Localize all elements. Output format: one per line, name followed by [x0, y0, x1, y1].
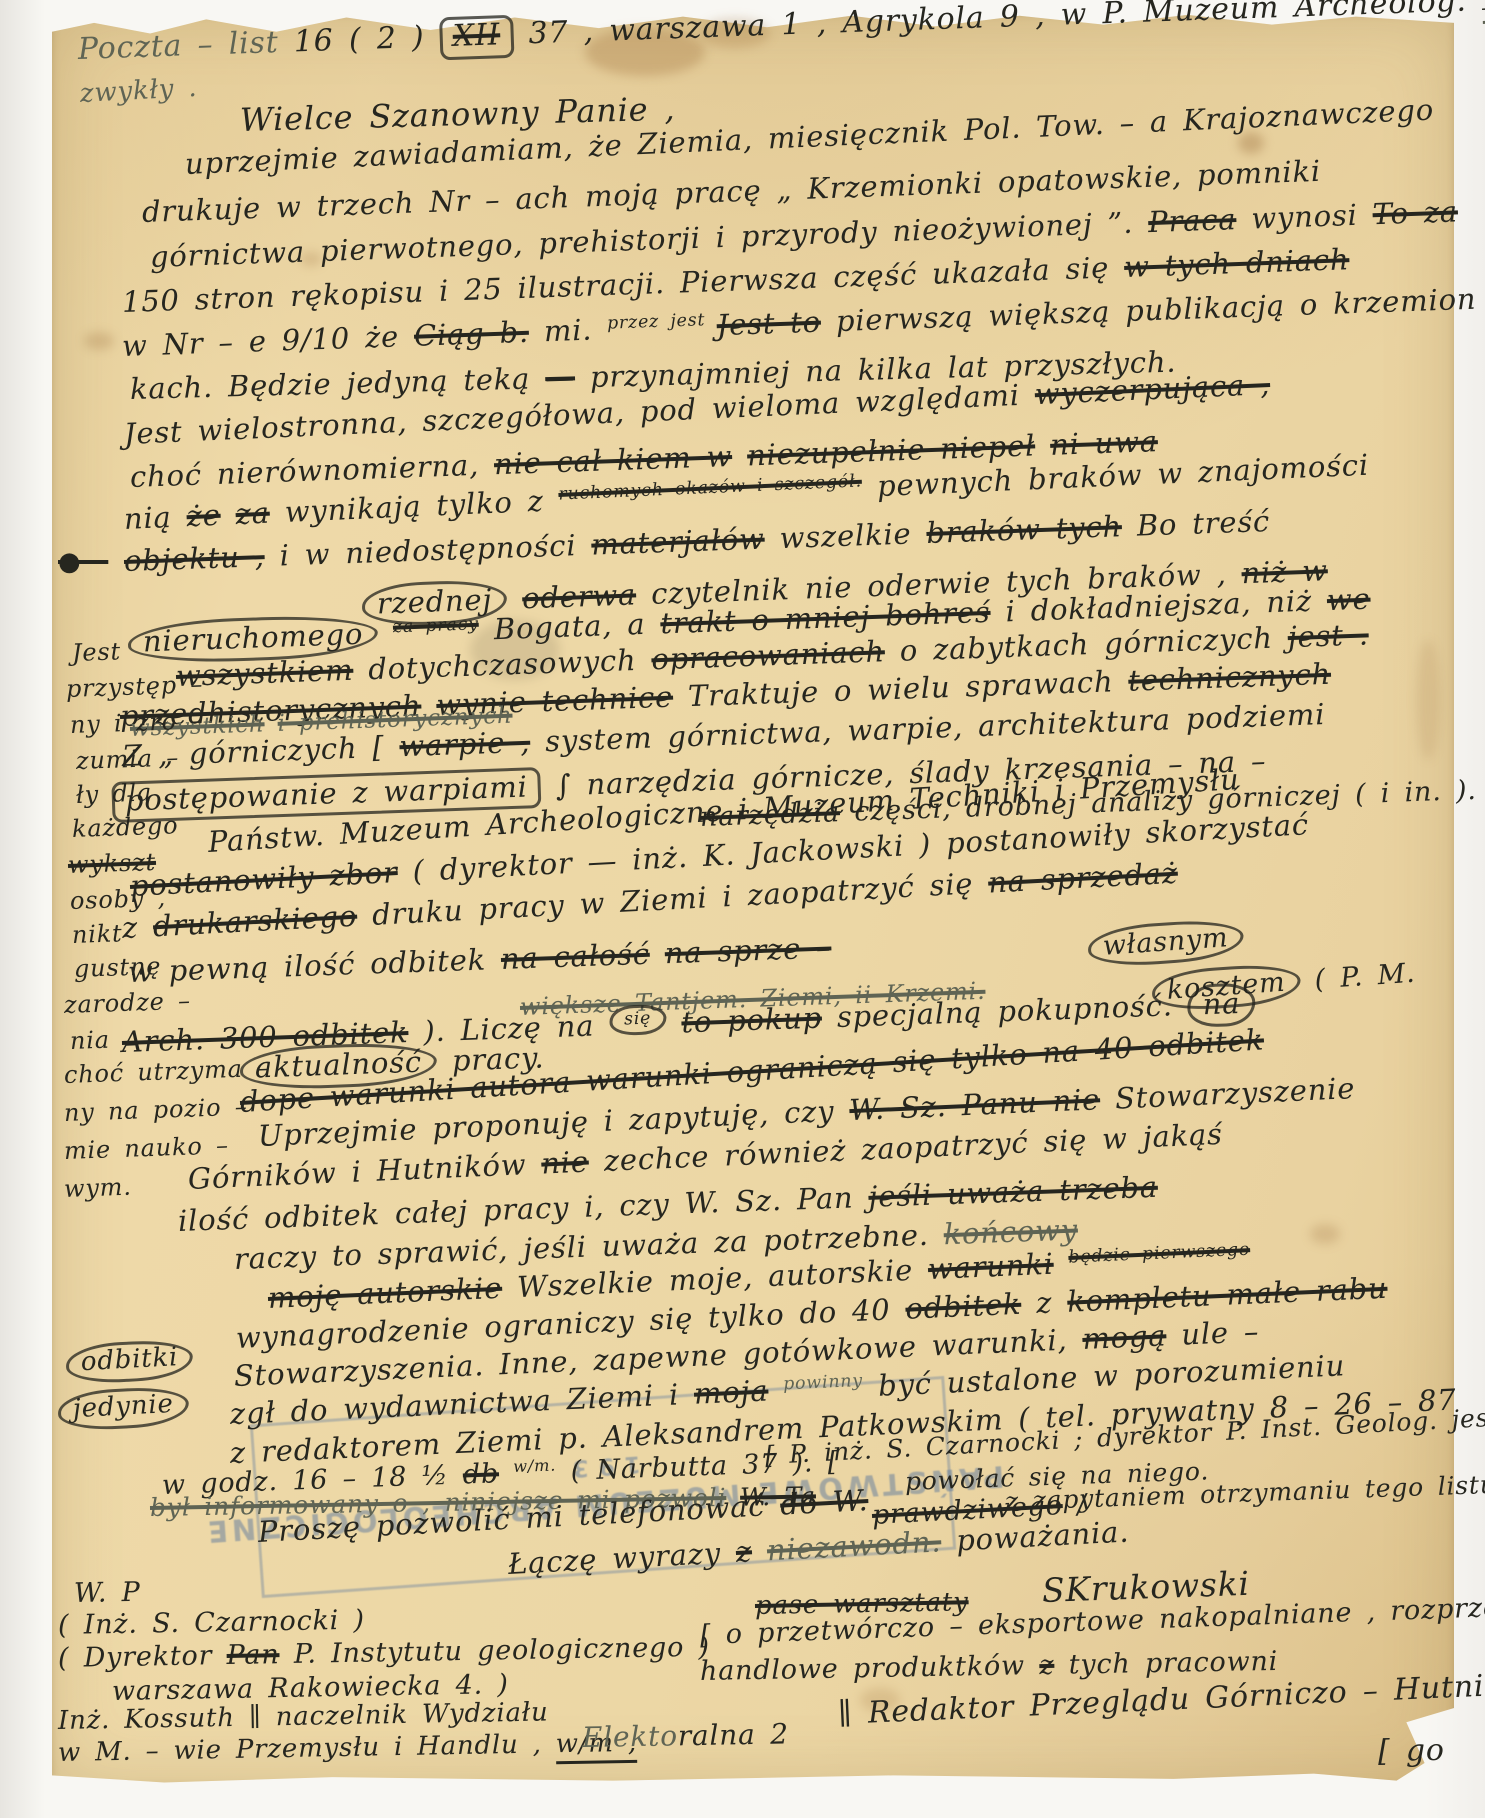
handwritten-segment: niezawodn. [766, 1524, 942, 1567]
handwritten-line: [ go [1378, 1734, 1445, 1770]
handwritten-segment: mogą [1082, 1318, 1167, 1356]
handwritten-segment: za [235, 496, 271, 531]
handwritten-segment: ( Dyrektor [58, 1640, 227, 1674]
handwritten-line: wym. [64, 1174, 133, 1204]
handwritten-line: odbitki [65, 1338, 194, 1385]
handwritten-segment: ●— [58, 547, 108, 577]
handwritten-segment: moję autorskie [267, 1271, 503, 1315]
handwritten-segment: w Nr – e 9/10 że [121, 319, 414, 363]
handwritten-segment: warunki [927, 1247, 1054, 1286]
handwritten-segment: postanowiły zbor [129, 855, 398, 903]
handwritten-segment: moja [693, 1374, 769, 1411]
handwritten-segment: na [1187, 982, 1256, 1028]
handwritten-segment: w/m. [513, 1456, 557, 1476]
handwritten-segment: jest . [1287, 617, 1369, 654]
handwritten-line: każdego [72, 812, 179, 843]
handwritten-segment [1035, 428, 1051, 463]
handwritten-segment: odbitki [65, 1338, 194, 1385]
handwritten-segment: Łączę wyrazy [507, 1535, 737, 1581]
handwritten-segment: warpie , [399, 725, 531, 764]
handwritten-segment: wynosi [1236, 197, 1373, 236]
handwritten-segment: ( Inż. S. Czarnocki ) [58, 1605, 365, 1641]
handwritten-segment: przez jest [607, 310, 717, 334]
handwritten-line: nia [70, 1027, 111, 1056]
handwritten-line: gustnę [74, 953, 162, 984]
handwritten-segment: specjalną pokupność. [821, 988, 1188, 1035]
handwritten-segment [666, 1005, 682, 1040]
handwritten-segment: w tych dniach [1124, 242, 1350, 284]
handwritten-segment: opracowaniach [651, 634, 886, 676]
handwritten-segment: Pan [226, 1639, 279, 1671]
handwritten-line: ●— [58, 548, 108, 578]
handwritten-line: ły dla [76, 779, 153, 809]
handwritten-line: własnym [1087, 917, 1245, 969]
handwritten-segment: Elekto [582, 1719, 678, 1754]
handwritten-segment: objektu , [123, 539, 265, 578]
handwritten-segment: przystęp – [65, 670, 203, 703]
handwritten-line: zarodze – [64, 988, 192, 1020]
handwritten-segment: do W. [779, 1483, 869, 1522]
handwritten-segment [732, 438, 748, 473]
handwritten-segment: technicznych [1128, 657, 1332, 698]
handwritten-segment: z [121, 909, 154, 945]
handwritten-segment: z [1039, 1650, 1055, 1681]
handwritten-segment [220, 497, 237, 532]
handwritten-segment: handlowe produktków [700, 1650, 1040, 1687]
handwritten-segment: jedynie [57, 1385, 190, 1432]
handwritten-segment: drukarskiego [152, 899, 358, 944]
handwritten-segment: wym. [63, 1173, 132, 1203]
handwritten-line: przystęp – [66, 671, 204, 703]
handwritten-line: osoby , [70, 885, 167, 916]
handwritten-line: Elektoralna 2 [582, 1718, 789, 1754]
handwritten-line: ( Inż. S. Czarnocki ) [58, 1605, 365, 1641]
handwritten-segment: zwykły . [79, 73, 198, 109]
handwritten-segment: ( P. M. [1299, 958, 1416, 997]
handwritten-line: nikt [72, 920, 123, 949]
handwritten-segment: zarodze – [63, 987, 191, 1019]
handwritten-segment: Stowarzyszenie [1099, 1071, 1356, 1116]
handwritten-segment: jeśli uważa trzeba [868, 1170, 1159, 1214]
handwritten-segment: Jest [71, 637, 121, 667]
letter-lines: Poczta – list 16 ( 2 ) XII 37 , warszawa… [0, 0, 1485, 1818]
handwritten-line: zumia – [76, 744, 180, 775]
handwritten-segment: w pewną ilość odbitek [127, 942, 501, 989]
handwritten-segment: XII [439, 15, 514, 60]
handwritten-segment: to pokup [681, 1001, 823, 1040]
scanned-letter-page: { "colors":{"paper":"#ecd7a5","paper_edg… [0, 0, 1485, 1818]
handwritten-segment: 37 , warszawa 1 , Agrykola 9 , w P. Muze… [513, 0, 1483, 52]
handwritten-segment: i w niedostępności [264, 528, 592, 573]
handwritten-segment: [ go [1378, 1733, 1445, 1769]
handwritten-segment: Górników i Hutników [187, 1147, 542, 1196]
handwritten-segment: będzie pierwszego [1068, 1240, 1251, 1268]
handwritten-segment: W. P [74, 1577, 141, 1609]
handwritten-segment: ny na pozio – [63, 1093, 248, 1127]
handwritten-segment: każdego [71, 811, 178, 843]
handwritten-segment: końcowy [943, 1213, 1078, 1252]
handwritten-segment: nie [541, 1145, 590, 1181]
handwritten-segment: W. Sz. Panu nie [849, 1082, 1101, 1127]
handwritten-segment: wykszt [67, 848, 156, 879]
handwritten-line: w pewną ilość odbitek na całość na sprze… [127, 931, 832, 989]
handwritten-segment: nie cał kiem w [493, 439, 732, 481]
handwritten-segment: mie nauko – [63, 1131, 229, 1165]
handwritten-segment: tych pracowni [1054, 1646, 1278, 1681]
handwritten-line: jedynie [57, 1385, 190, 1432]
handwritten-segment: na sprzedaż [987, 856, 1178, 900]
handwritten-line: Jest [72, 638, 122, 667]
handwritten-segment: choć nierównomierna, [129, 447, 494, 494]
handwritten-segment: Bo treść [1121, 504, 1270, 543]
handwritten-line: ny na pozio – [64, 1094, 249, 1128]
handwritten-segment: odbitek [905, 1287, 1022, 1326]
handwritten-segment: db [462, 1458, 499, 1490]
handwritten-segment: Bogata, a [478, 606, 661, 646]
handwritten-line: Poczta – list 16 ( 2 ) XII 37 , warszawa… [77, 0, 1485, 72]
handwritten-segment: Praca [1148, 202, 1237, 239]
handwritten-segment: własnym [1087, 917, 1245, 969]
handwritten-segment: 16 ( 2 ) [293, 19, 440, 59]
handwritten-line: w M. – wie Przemysłu i Handlu , w/m , [58, 1729, 638, 1773]
handwritten-segment: powinny [783, 1371, 864, 1394]
handwritten-segment: nią [123, 499, 187, 536]
handwritten-segment: Ciąg b. [413, 315, 529, 353]
handwritten-segment: To za [1372, 194, 1458, 231]
handwritten-segment: osoby , [69, 884, 166, 915]
handwritten-segment: wszelkie [764, 516, 927, 556]
handwritten-line: wykszt [68, 849, 157, 880]
handwritten-segment: Poczta – list [77, 24, 294, 67]
handwritten-segment: zumia – [75, 743, 179, 775]
handwritten-segment: się [609, 1004, 667, 1036]
handwritten-segment: wynikają tylko z [269, 483, 559, 530]
handwritten-segment: na sprze – [664, 930, 832, 970]
handwritten-segment: — [545, 360, 576, 395]
handwritten-line: W. P [74, 1577, 141, 1609]
handwritten-segment: mi. [528, 312, 608, 349]
handwritten-segment: P. Instytutu geologicznego ) [279, 1632, 710, 1671]
handwritten-segment: ni uwa [1050, 424, 1159, 462]
handwritten-segment [498, 1458, 513, 1489]
handwritten-segment: kach. Będzie jedyną teką [130, 361, 546, 406]
handwritten-segment: nikt [71, 919, 122, 949]
handwritten-line: ny i zro – [70, 707, 204, 739]
handwritten-line: zwykły . [79, 74, 198, 110]
handwritten-segment: choć utrzyma – [63, 1054, 269, 1089]
handwritten-segment: braków tych [926, 509, 1123, 550]
handwritten-segment: ∫ [540, 767, 587, 803]
handwritten-segment [649, 936, 665, 971]
handwritten-segment: nia [69, 1026, 110, 1055]
handwritten-segment [768, 1373, 785, 1408]
handwritten-segment: materjałów [591, 522, 766, 562]
handwritten-segment: za pracy [393, 614, 479, 637]
handwritten-segment: ny i zro – [69, 706, 203, 739]
handwritten-segment: Jest to [716, 305, 821, 343]
handwritten-segment: ralna 2 [678, 1717, 790, 1752]
handwritten-segment: z [1020, 1285, 1068, 1321]
handwritten-segment: na całość [500, 937, 650, 976]
handwritten-line: mie nauko – [64, 1132, 230, 1165]
handwritten-segment: ule – [1166, 1314, 1260, 1352]
handwritten-segment: Br [1481, 0, 1485, 23]
handwritten-segment: że [186, 498, 221, 533]
handwritten-segment: we [1326, 582, 1371, 618]
handwritten-segment: gustnę [73, 952, 161, 983]
handwritten-segment [378, 616, 394, 651]
handwritten-segment: ły dla [75, 778, 152, 809]
